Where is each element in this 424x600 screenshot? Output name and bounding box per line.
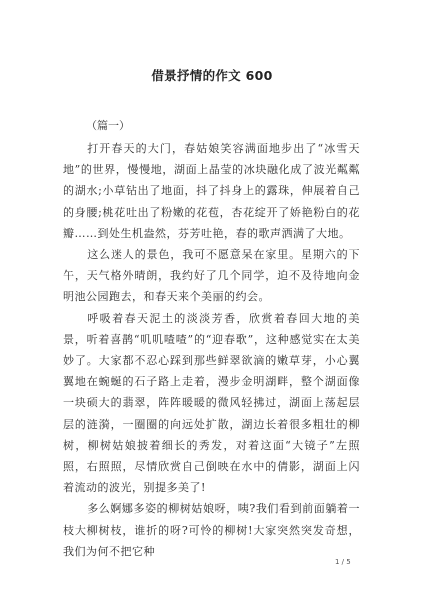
document-page: 借景抒情的作文 600 （篇一） 打开春天的大门，春姑娘笑容满面地步出了“冰雪天… <box>0 0 424 600</box>
paragraph: 打开春天的大门，春姑娘笑容满面地步出了“冰雪天地”的世界，慢慢地，湖面上晶莹的冰… <box>63 138 360 244</box>
paragraph: 这么迷人的景色，我可不愿意呆在家里。星期六的下午，天气格外晴朗，我约好了几个同学… <box>63 244 360 308</box>
section-label: （篇一） <box>86 117 130 133</box>
paragraph: 呼吸着春天泥土的淡淡芳香，欣赏着春回大地的美景，听着喜鹊“叽叽喳喳”的“迎春歌”… <box>63 308 360 499</box>
document-body: 打开春天的大门，春姑娘笑容满面地步出了“冰雪天地”的世界，慢慢地，湖面上晶莹的冰… <box>63 138 360 562</box>
page-number: 1 / 5 <box>335 558 351 566</box>
document-title: 借景抒情的作文 600 <box>0 66 424 84</box>
paragraph: 多么婀娜多姿的柳树姑娘呀，咦?我们看到前面躺着一枝大柳树枝，谁折的呀?可怜的柳树… <box>63 498 360 562</box>
